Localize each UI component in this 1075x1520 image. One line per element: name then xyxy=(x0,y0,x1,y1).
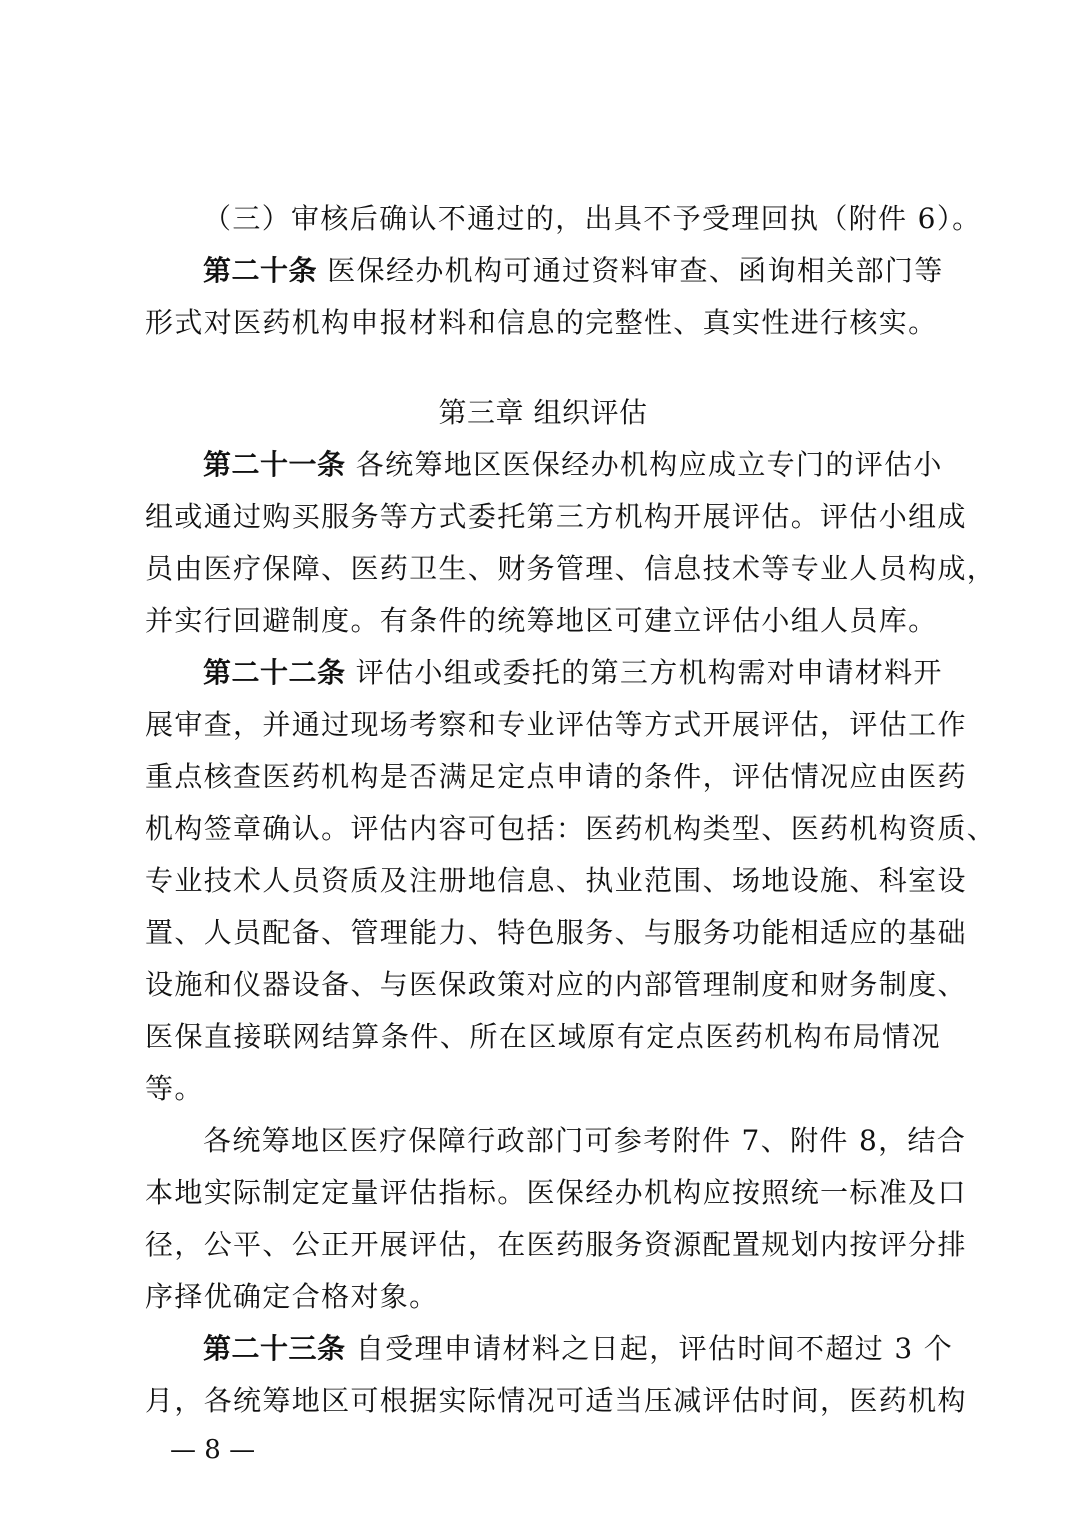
article-23-line-2: 月，各统筹地区可根据实际情况可适当压减评估时间，医药机构 xyxy=(145,1381,941,1421)
chapter-title: 第三章 组织评估 xyxy=(145,393,941,433)
indicators-line-1: 各统筹地区医疗保障行政部门可参考附件 7、附件 8，结合 xyxy=(145,1121,941,1161)
article-23-label: 第二十三条 xyxy=(203,1332,346,1365)
article-21-text: 并实行回避制度。有条件的统筹地区可建立评估小组人员库。 xyxy=(145,604,937,637)
paragraph-text: （三）审核后确认不通过的，出具不予受理回执（附件 6）。 xyxy=(203,202,982,235)
indicators-line-2: 本地实际制定定量评估指标。医保经办机构应按照统一标准及口 xyxy=(145,1173,941,1213)
article-20-text: 医保经办机构可通过资料审查、函询相关部门等 xyxy=(317,254,944,287)
article-21-line-3: 员由医疗保障、医药卫生、财务管理、信息技术等专业人员构成， xyxy=(145,549,941,589)
article-22-line-6: 置、人员配备、管理能力、特色服务、与服务功能相适应的基础 xyxy=(145,913,941,953)
indicators-text: 各统筹地区医疗保障行政部门可参考附件 7、附件 8，结合 xyxy=(203,1124,966,1157)
indicators-line-3: 径，公平、公正开展评估，在医药服务资源配置规划内按评分排 xyxy=(145,1225,941,1265)
article-21-line-4: 并实行回避制度。有条件的统筹地区可建立评估小组人员库。 xyxy=(145,601,941,641)
article-22-text: 等。 xyxy=(145,1072,204,1105)
article-22-text: 评估小组或委托的第三方机构需对申请材料开 xyxy=(346,656,943,689)
article-20-text: 形式对医药机构申报材料和信息的完整性、真实性进行核实。 xyxy=(145,306,937,339)
article-21-line-2: 组或通过购买服务等方式委托第三方机构开展评估。评估小组成 xyxy=(145,497,941,537)
page-number: — 8 — xyxy=(170,1432,255,1468)
article-22-text: 置、人员配备、管理能力、特色服务、与服务功能相适应的基础 xyxy=(145,916,967,949)
article-22-text: 设施和仪器设备、与医保政策对应的内部管理制度和财务制度、 xyxy=(145,968,967,1001)
indicators-text: 序择优确定合格对象。 xyxy=(145,1280,439,1313)
article-21-text: 组或通过购买服务等方式委托第三方机构开展评估。评估小组成 xyxy=(145,500,967,533)
article-23-line-1: 第二十三条 自受理申请材料之日起，评估时间不超过 3 个 xyxy=(145,1329,941,1369)
indicators-text: 径，公平、公正开展评估，在医药服务资源配置规划内按评分排 xyxy=(145,1228,967,1261)
indicators-line-4: 序择优确定合格对象。 xyxy=(145,1277,941,1317)
article-21-label: 第二十一条 xyxy=(203,448,346,481)
article-22-text: 机构签章确认。评估内容可包括：医药机构类型、医药机构资质、 xyxy=(145,812,996,845)
article-22-line-2: 展审查，并通过现场考察和专业评估等方式开展评估，评估工作 xyxy=(145,705,941,745)
paragraph-item-3: （三）审核后确认不通过的，出具不予受理回执（附件 6）。 xyxy=(145,199,941,239)
article-22-text: 专业技术人员资质及注册地信息、执业范围、场地设施、科室设 xyxy=(145,864,967,897)
article-20-label: 第二十条 xyxy=(203,254,317,287)
article-22-text: 展审查，并通过现场考察和专业评估等方式开展评估，评估工作 xyxy=(145,708,967,741)
article-22-line-5: 专业技术人员资质及注册地信息、执业范围、场地设施、科室设 xyxy=(145,861,941,901)
article-21-text: 各统筹地区医保经办机构应成立专门的评估小 xyxy=(346,448,943,481)
article-22-line-8: 医保直接联网结算条件、所在区域原有定点医药机构布局情况 xyxy=(145,1017,941,1057)
article-23-text: 自受理申请材料之日起，评估时间不超过 3 个 xyxy=(346,1332,954,1365)
article-22-text: 医保直接联网结算条件、所在区域原有定点医药机构布局情况 xyxy=(145,1020,941,1053)
article-20-line-1: 第二十条 医保经办机构可通过资料审查、函询相关部门等 xyxy=(145,251,941,291)
article-22-line-1: 第二十二条 评估小组或委托的第三方机构需对申请材料开 xyxy=(145,653,941,693)
article-20-line-2: 形式对医药机构申报材料和信息的完整性、真实性进行核实。 xyxy=(145,303,941,343)
article-23-text: 月，各统筹地区可根据实际情况可适当压减评估时间，医药机构 xyxy=(145,1384,967,1417)
article-21-line-1: 第二十一条 各统筹地区医保经办机构应成立专门的评估小 xyxy=(145,445,941,485)
indicators-text: 本地实际制定定量评估指标。医保经办机构应按照统一标准及口 xyxy=(145,1176,967,1209)
article-21-text: 员由医疗保障、医药卫生、财务管理、信息技术等专业人员构成， xyxy=(145,552,996,585)
article-22-label: 第二十二条 xyxy=(203,656,346,689)
article-22-line-3: 重点核查医药机构是否满足定点申请的条件，评估情况应由医药 xyxy=(145,757,941,797)
article-22-line-9: 等。 xyxy=(145,1069,941,1109)
article-22-text: 重点核查医药机构是否满足定点申请的条件，评估情况应由医药 xyxy=(145,760,967,793)
article-22-line-4: 机构签章确认。评估内容可包括：医药机构类型、医药机构资质、 xyxy=(145,809,941,849)
article-22-line-7: 设施和仪器设备、与医保政策对应的内部管理制度和财务制度、 xyxy=(145,965,941,1005)
